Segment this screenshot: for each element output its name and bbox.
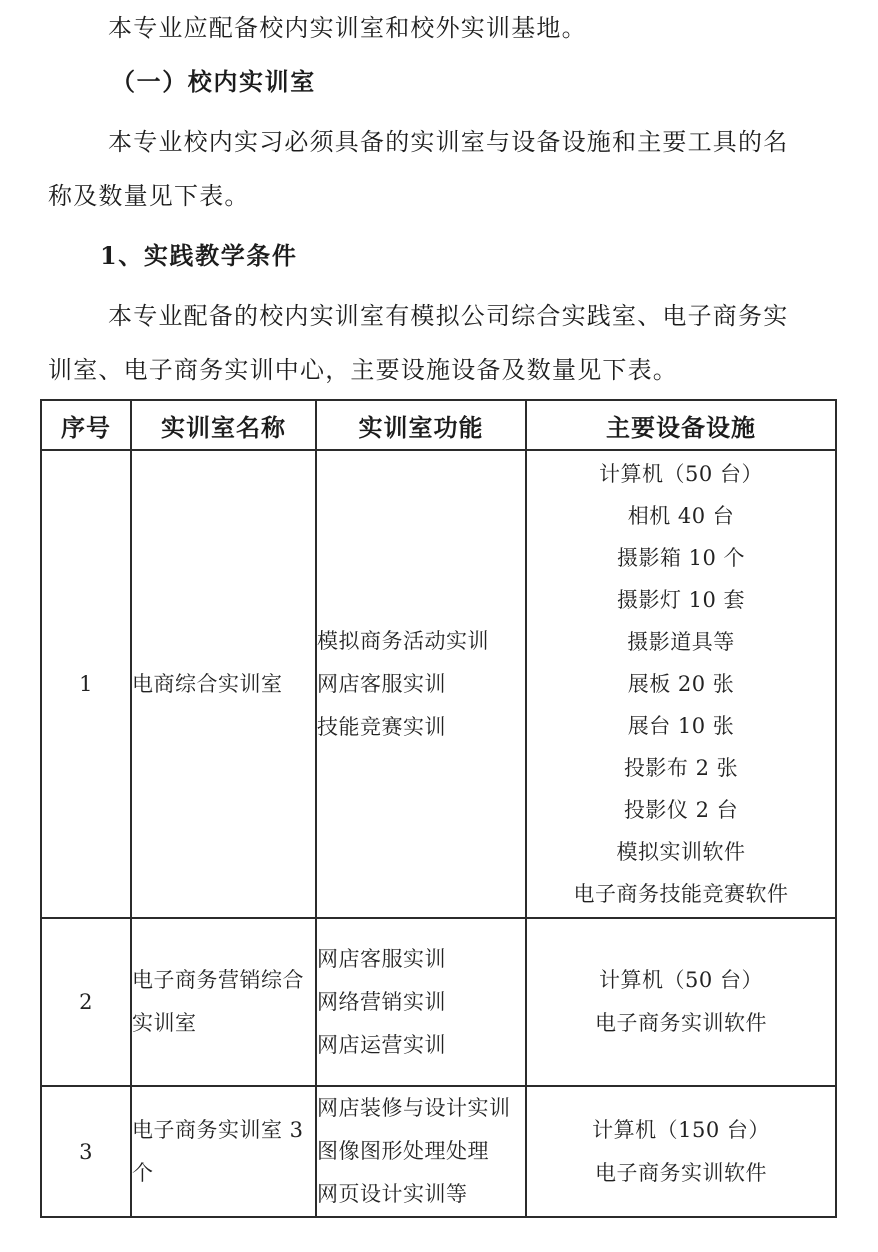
paragraph-line: 称及数量见下表。 [48,169,878,223]
heading-campus-training-rooms: （一）校内实训室 [48,55,878,109]
room-name-cell: 电子商务营销综合 实训室 [131,918,316,1086]
room-name-line: 电子商务营销综合 [132,959,315,1002]
room-function-cell: 网店装修与设计实训 图像图形处理处理 网页设计实训等 [316,1086,526,1217]
equipment-item: 相机 40 台 [527,495,835,537]
room-name-cell: 电商综合实训室 [131,450,316,918]
document-page: 本专业应配备校内实训室和校外实训基地。 （一）校内实训室 本专业校内实习必须具备… [0,0,878,1218]
function-item: 模拟商务活动实训 [317,620,525,663]
room-name-cell: 电子商务实训室 3 个 [131,1086,316,1217]
equipment-item: 计算机（150 台） [527,1109,835,1152]
paragraph-room-list: 本专业配备的校内实训室有模拟公司综合实践室、电子商务实 训室、电子商务实训中心，… [48,289,878,397]
equipment-item: 电子商务技能竞赛软件 [527,873,835,915]
equipment-cell: 计算机（50 台） 电子商务实训软件 [526,918,836,1086]
col-header-room-function: 实训室功能 [316,400,526,450]
function-item: 技能竞赛实训 [317,706,525,749]
heading-practice-teaching-conditions: 1、实践教学条件 [48,229,878,283]
training-rooms-table: 序号 实训室名称 实训室功能 主要设备设施 1 电商综合实训室 模拟商务活动实训… [40,399,837,1218]
table-row: 3 电子商务实训室 3 个 网店装修与设计实训 图像图形处理处理 网页设计实训等… [41,1086,836,1217]
index-cell: 3 [41,1086,131,1217]
paragraph-line: 本专业配备的校内实训室有模拟公司综合实践室、电子商务实 [48,289,878,343]
paragraph-line: 本专业校内实习必须具备的实训室与设备设施和主要工具的名 [48,115,878,169]
function-item: 网店客服实训 [317,938,525,981]
paragraph-intro: 本专业应配备校内实训室和校外实训基地。 [48,1,878,55]
index-cell: 1 [41,450,131,918]
col-header-room-name: 实训室名称 [131,400,316,450]
paragraph-line: 训室、电子商务实训中心，主要设施设备及数量见下表。 [48,343,878,397]
room-name-line: 电商综合实训室 [132,663,315,706]
equipment-cell: 计算机（50 台） 相机 40 台 摄影箱 10 个 摄影灯 10 套 摄影道具… [526,450,836,918]
function-item: 网页设计实训等 [317,1173,525,1216]
index-cell: 2 [41,918,131,1086]
function-item: 网店运营实训 [317,1024,525,1067]
equipment-item: 展板 20 张 [527,663,835,705]
equipment-item: 投影布 2 张 [527,747,835,789]
col-header-main-equipment: 主要设备设施 [526,400,836,450]
table-row: 2 电子商务营销综合 实训室 网店客服实训 网络营销实训 网店运营实训 计算机（… [41,918,836,1086]
equipment-item: 投影仪 2 台 [527,789,835,831]
function-item: 网络营销实训 [317,981,525,1024]
equipment-item: 摄影道具等 [527,621,835,663]
equipment-item: 摄影箱 10 个 [527,537,835,579]
room-name-line: 个 [132,1152,315,1195]
table-header-row: 序号 实训室名称 实训室功能 主要设备设施 [41,400,836,450]
equipment-item: 电子商务实训软件 [527,1002,835,1045]
room-name-line: 实训室 [132,1002,315,1045]
equipment-item: 电子商务实训软件 [527,1152,835,1195]
equipment-item: 展台 10 张 [527,705,835,747]
equipment-item: 计算机（50 台） [527,959,835,1002]
paragraph-campus-requirements: 本专业校内实习必须具备的实训室与设备设施和主要工具的名 称及数量见下表。 [48,115,878,223]
col-header-index: 序号 [41,400,131,450]
room-function-cell: 模拟商务活动实训 网店客服实训 技能竞赛实训 [316,450,526,918]
room-function-cell: 网店客服实训 网络营销实训 网店运营实训 [316,918,526,1086]
equipment-item: 计算机（50 台） [527,453,835,495]
room-name-line: 电子商务实训室 3 [132,1109,315,1152]
equipment-cell: 计算机（150 台） 电子商务实训软件 [526,1086,836,1217]
equipment-item: 摄影灯 10 套 [527,579,835,621]
function-item: 图像图形处理处理 [317,1130,525,1173]
table-row: 1 电商综合实训室 模拟商务活动实训 网店客服实训 技能竞赛实训 计算机（50 … [41,450,836,918]
function-item: 网店客服实训 [317,663,525,706]
equipment-item: 模拟实训软件 [527,831,835,873]
function-item: 网店装修与设计实训 [317,1087,525,1130]
